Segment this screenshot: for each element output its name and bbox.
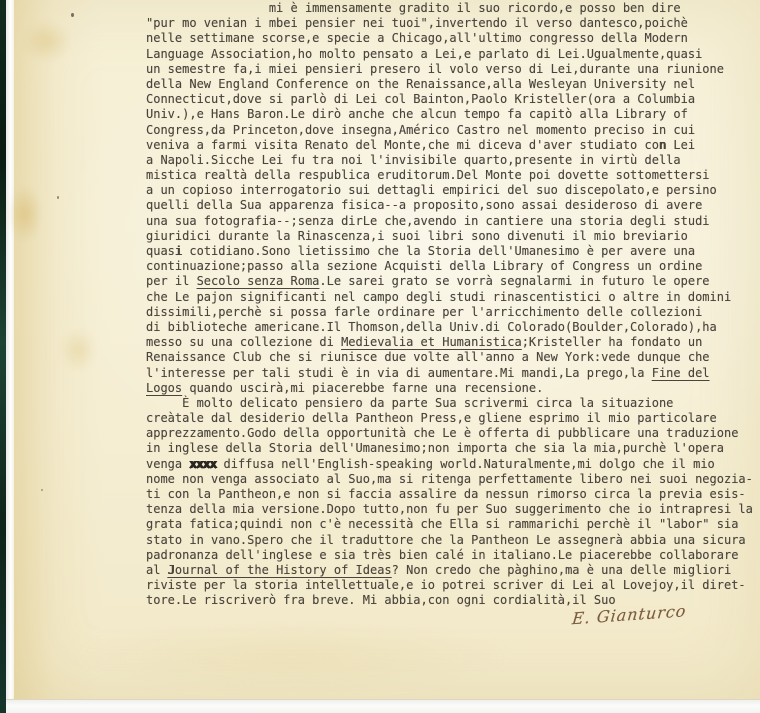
letter-line: dissimili,perchè si possa farle ordinare… <box>146 305 758 320</box>
underlined-text: Fine del <box>652 366 710 380</box>
typed-text: di biblioteche americane.Il Thomson,dell… <box>146 320 717 334</box>
letter-line: Connecticut,dove si parlò di Lei col Bai… <box>146 92 758 107</box>
letter-line: giuridici durante la Rinascenza,i suoi l… <box>146 229 758 244</box>
typed-text: padronanza dell'inglese e sia très bien … <box>146 548 738 562</box>
letter-line: Logos quando uscirà,mi piacerebbe farne … <box>146 381 758 396</box>
typed-text: mistica realtà della respublica eruditor… <box>146 168 710 182</box>
typed-text: della New England Conference on the Rena… <box>146 77 695 91</box>
typed-text: Univ.),e Hans Baron.Le dirò anche che al… <box>146 107 688 121</box>
letter-line: per il Secolo senza Roma.Le sarei grato … <box>146 274 758 289</box>
struck-out-word: xxxx <box>189 457 216 471</box>
letter-line: a un copioso interrogatorio sui dettagli… <box>146 183 758 198</box>
letter-line: al Journal of the History of Ideas? Non … <box>146 563 758 578</box>
typed-text: nelle settimane scorse,e specie a Chicag… <box>146 31 688 45</box>
typed-text: che Le pajon significanti nel campo degl… <box>146 290 731 304</box>
typed-text: "pur mo venian i mbei pensier nei tuoi",… <box>146 16 688 30</box>
letter-line: l'interesse per tali studi è in via di a… <box>146 366 758 381</box>
typed-text: quas <box>146 244 175 258</box>
typed-text: al <box>146 563 168 577</box>
ink-speck <box>57 196 59 199</box>
paper-stain <box>22 20 72 62</box>
ink-speck <box>41 489 43 491</box>
typed-text: .Le sarei grato se vorrà segnalarmi in f… <box>319 274 709 288</box>
typed-text: creàtale dal desiderio della Pantheon Pr… <box>146 411 717 425</box>
typed-text: ti con la Pantheon,e non si faccia assal… <box>146 487 746 501</box>
typed-text: stato in vano.Spero che il traduttore ch… <box>146 533 746 547</box>
letter-line: nelle settimane scorse,e specie a Chicag… <box>146 31 758 46</box>
letter-line: apprezzamento.Godo della opportunità che… <box>146 426 758 441</box>
typed-text: Connecticut,dove si parlò di Lei col Bai… <box>146 92 695 106</box>
typed-text: a un copioso interrogatorio sui dettagli… <box>146 183 717 197</box>
letter-line: veniva a farmi visita Renato del Monte,c… <box>146 138 758 153</box>
typed-text: continuazione;passo alla sezione Acquist… <box>146 259 702 273</box>
letter-line: continuazione;passo alla sezione Acquist… <box>146 259 758 274</box>
letter-line: creàtale dal desiderio della Pantheon Pr… <box>146 411 758 426</box>
underlined-text: Secolo senza Roma <box>197 274 320 288</box>
letter-line: Congress,da Princeton,dove insegna,Améri… <box>146 123 758 138</box>
paper-stain <box>60 328 96 372</box>
underlined-text: Logos <box>146 381 182 395</box>
letter-line: mistica realtà della respublica eruditor… <box>146 168 758 183</box>
typed-text: l'interesse per tali studi è in via di a… <box>146 366 652 380</box>
typed-text: grata fatica;quindi non c'è necessità ch… <box>146 517 738 531</box>
letter-line: un semestre fa,i miei pensieri presero i… <box>146 62 758 77</box>
typed-text: È molto delicato pensiero da parte Sua s… <box>146 396 673 410</box>
letter-line: È molto delicato pensiero da parte Sua s… <box>146 396 758 411</box>
underlined-text: ournal of the History of Ideas <box>175 563 392 577</box>
letter-line: di biblioteche americane.Il Thomson,dell… <box>146 320 758 335</box>
letter-line: grata fatica;quindi non c'è necessità ch… <box>146 517 758 532</box>
typed-text: per il <box>146 274 197 288</box>
letter-line: riviste per la storia intellettuale,e io… <box>146 578 758 593</box>
letter-line: messo su una collezione di Medievalia et… <box>146 335 758 350</box>
letter-line: "pur mo venian i mbei pensier nei tuoi",… <box>146 16 758 31</box>
ink-speck <box>71 13 74 17</box>
letter-line: della New England Conference on the Rena… <box>146 77 758 92</box>
letter-line: stato in vano.Spero che il traduttore ch… <box>146 533 758 548</box>
typed-text: ? Non credo che pàghino,ma è una delle m… <box>392 563 732 577</box>
typed-text: mi è immensamente gradito il suo ricordo… <box>146 1 681 15</box>
typed-text: a Napoli.Sicche Lei fu tra noi l'invisib… <box>146 153 681 167</box>
paper-stain <box>8 186 42 242</box>
letter-line: padronanza dell'inglese e sia très bien … <box>146 548 758 563</box>
typed-text: venga <box>146 457 189 471</box>
letter-line: che Le pajon significanti nel campo degl… <box>146 290 758 305</box>
letter-line: nome non venga associato al Suo,ma si ri… <box>146 472 758 487</box>
letter-line: Univ.),e Hans Baron.Le dirò anche che al… <box>146 107 758 122</box>
scan-edge-white-strip <box>6 0 14 713</box>
letter-line: a Napoli.Sicche Lei fu tra noi l'invisib… <box>146 153 758 168</box>
typed-text: riviste per la storia intellettuale,e io… <box>146 578 746 592</box>
underlined-text: Medievalia et Humanistica <box>341 335 522 349</box>
letter-line: venga xxxx diffusa nell'English-speaking… <box>146 457 758 472</box>
typed-text: tenza della mia versione.Dopo tutto,non … <box>146 502 753 516</box>
typed-text: nome non venga associato al Suo,ma si ri… <box>146 472 753 486</box>
typed-text: diffusa nell'English-speaking world.Natu… <box>216 457 715 471</box>
typed-text: quando uscirà,mi piacerebbe farne una re… <box>182 381 543 395</box>
typed-text: una sua fotografia--;senza dirLe che,ave… <box>146 214 710 228</box>
typed-text: Congress,da Princeton,dove insegna,Améri… <box>146 123 695 137</box>
letter-line: una sua fotografia--;senza dirLe che,ave… <box>146 214 758 229</box>
scanned-letter-screen: mi è immensamente gradito il suo ricordo… <box>0 0 760 713</box>
letter-line: quasi cotidiano.Sono lietissimo che la S… <box>146 244 758 259</box>
typed-text: veniva a farmi visita Renato del Monte,c… <box>146 138 659 152</box>
typed-text: un semestre fa,i miei pensieri presero i… <box>146 62 724 76</box>
typed-text: in inglese della Storia dell'Umanesimo;n… <box>146 441 724 455</box>
typed-text: apprezzamento.Godo della opportunità che… <box>146 426 738 440</box>
letter-body-text: mi è immensamente gradito il suo ricordo… <box>146 1 758 609</box>
scan-bottom-strip <box>6 699 760 713</box>
typed-text: dissimili,perchè si possa farle ordinare… <box>146 305 702 319</box>
typed-text: Lei <box>666 138 695 152</box>
typed-text: cotidiano.Sono lietissimo che la Storia … <box>182 244 695 258</box>
typed-text: Language Association,ho molto pensato a … <box>146 47 702 61</box>
letter-line: ti con la Pantheon,e non si faccia assal… <box>146 487 758 502</box>
letter-line: quelli della Sua apparenza fisica--a pro… <box>146 198 758 213</box>
typed-text: quelli della Sua apparenza fisica--a pro… <box>146 198 702 212</box>
letter-line: Language Association,ho molto pensato a … <box>146 47 758 62</box>
typed-text: tore.Le riscriverò fra breve. Mi abbia,c… <box>146 593 616 607</box>
typed-text: Renaissance Club che si riunisce due vol… <box>146 350 710 364</box>
typed-text: messo su una collezione di <box>146 335 341 349</box>
paper-stain <box>74 622 514 692</box>
letter-line: in inglese della Storia dell'Umanesimo;n… <box>146 441 758 456</box>
letter-line: Renaissance Club che si riunisce due vol… <box>146 350 758 365</box>
typed-text: ;Kristeller ha fondato un <box>522 335 703 349</box>
letter-line: mi è immensamente gradito il suo ricordo… <box>146 1 758 16</box>
typed-text: giuridici durante la Rinascenza,i suoi l… <box>146 229 688 243</box>
underlined-text: J <box>168 563 175 577</box>
letter-line: tenza della mia versione.Dopo tutto,non … <box>146 502 758 517</box>
